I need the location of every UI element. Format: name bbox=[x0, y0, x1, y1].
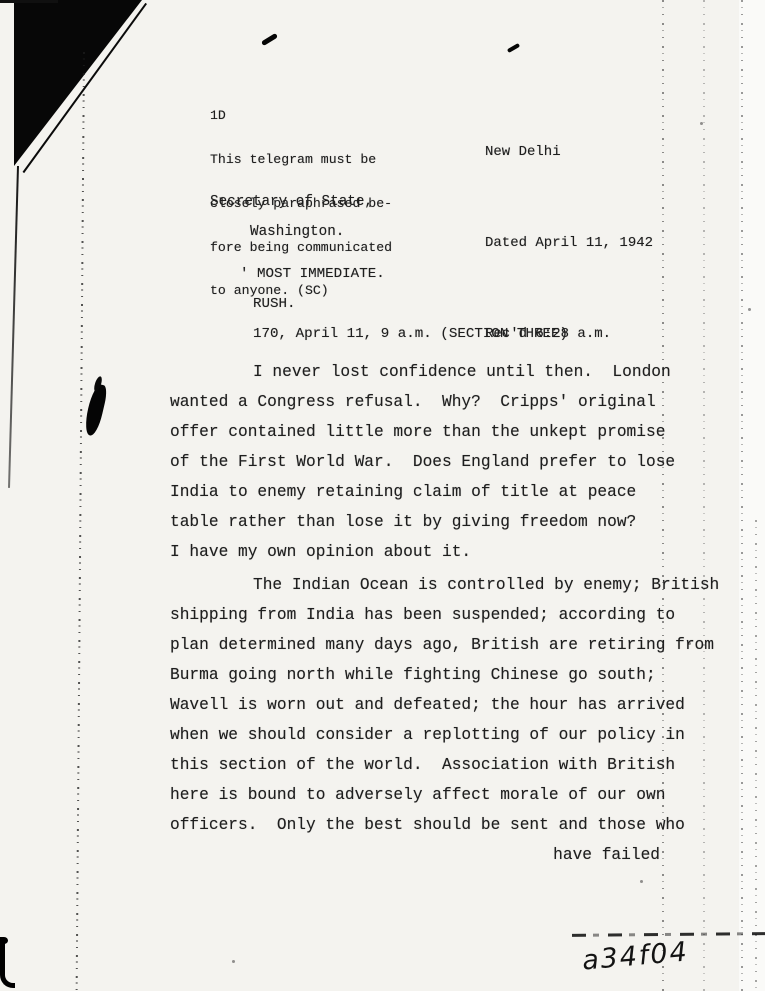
origin-dated: Dated April 11, 1942 bbox=[485, 228, 653, 258]
bottom-left-corner-notch bbox=[0, 937, 8, 944]
body-line: officers. Only the best should be sent a… bbox=[170, 810, 718, 840]
body-paragraph-2: The Indian Ocean is controlled by enemy;… bbox=[170, 570, 718, 840]
bottom-left-corner-mark bbox=[0, 940, 15, 988]
telegram-scan-page: 1D This telegram must be closely paraphr… bbox=[0, 0, 765, 991]
body-paragraph-1: I never lost confidence until then. Lond… bbox=[170, 357, 718, 567]
corner-fold-shadow bbox=[14, 0, 142, 166]
handwritten-annotation: a34f04 bbox=[581, 936, 690, 976]
scan-vertical-dotted-line-4 bbox=[755, 520, 757, 991]
pen-tick-mark-right bbox=[507, 43, 520, 53]
body-line: table rather than lose it by giving free… bbox=[170, 507, 718, 537]
body-line: here is bound to adversely affect morale… bbox=[170, 780, 718, 810]
scan-speck bbox=[232, 960, 235, 963]
body-line: offer contained little more than the unk… bbox=[170, 417, 718, 447]
addressee-line2: Washington. bbox=[250, 224, 344, 240]
scan-vertical-dotted-line-3 bbox=[741, 0, 743, 991]
body-line: I never lost confidence until then. Lond… bbox=[170, 357, 718, 387]
stamp-line: to anyone. (SC) bbox=[210, 284, 392, 299]
body-line: plan determined many days ago, British a… bbox=[170, 630, 718, 660]
pen-tick-mark-left bbox=[261, 33, 278, 46]
stamp-line: This telegram must be bbox=[210, 153, 392, 168]
scan-speck bbox=[700, 122, 703, 125]
body-line: The Indian Ocean is controlled by enemy;… bbox=[170, 570, 718, 600]
body-line: Burma going north while fighting Chinese… bbox=[170, 660, 718, 690]
body-line: India to enemy retaining claim of title … bbox=[170, 477, 718, 507]
addressee-line1: Secretary of State, bbox=[210, 194, 373, 210]
priority-most-immediate: ' MOST IMMEDIATE. bbox=[240, 266, 385, 282]
body-line: this section of the world. Association w… bbox=[170, 750, 718, 780]
scan-speck bbox=[640, 880, 643, 883]
stamp-code: 1D bbox=[210, 109, 392, 124]
message-number-line: 170, April 11, 9 a.m. (SECTION THREE) bbox=[253, 326, 568, 342]
priority-rush: RUSH. bbox=[253, 296, 296, 312]
body-line: when we should consider a replotting of … bbox=[170, 720, 718, 750]
scan-crease-line bbox=[76, 52, 85, 990]
body-line: I have my own opinion about it. bbox=[170, 537, 718, 567]
stamp-line: fore being communicated bbox=[210, 241, 392, 256]
body-line: shipping from India has been suspended; … bbox=[170, 600, 718, 630]
body-line: of the First World War. Does England pre… bbox=[170, 447, 718, 477]
scan-speck bbox=[748, 308, 751, 311]
origin-location: New Delhi bbox=[485, 137, 653, 167]
body-line: wanted a Congress refusal. Why? Cripps' … bbox=[170, 387, 718, 417]
scan-top-edge-bar bbox=[0, 0, 58, 3]
scan-horizontal-dashed-line bbox=[572, 932, 765, 937]
scan-left-edge-line bbox=[8, 166, 19, 488]
body-line: Wavell is worn out and defeated; the hou… bbox=[170, 690, 718, 720]
continuation-catchword: have failed bbox=[170, 840, 718, 870]
